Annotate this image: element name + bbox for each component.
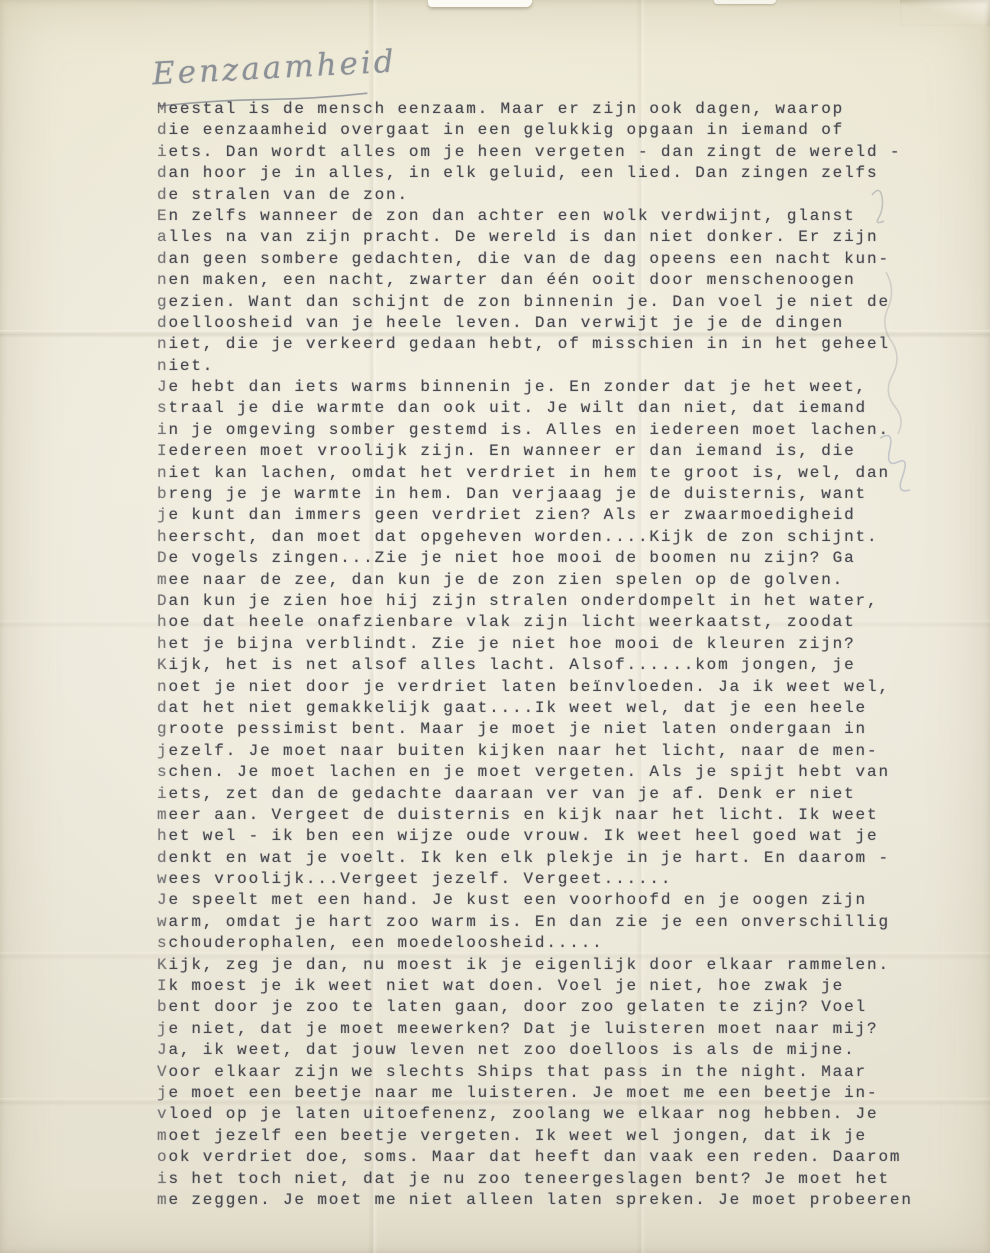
letter-line: vloed op je laten uitoefenenz, zoolang w…	[157, 1104, 947, 1125]
letter-line: in je omgeving somber gestemd is. Alles …	[157, 420, 947, 441]
letter-line: je kunt dan immers geen verdriet zien? A…	[157, 505, 947, 526]
letter-line: breng je je warmte in hem. Dan verjaaag …	[157, 484, 947, 505]
letter-line: wees vroolijk...Vergeet jezelf. Vergeet.…	[157, 869, 947, 890]
letter-line: De vogels zingen...Zie je niet hoe mooi …	[157, 548, 947, 569]
letter-line: niet.	[157, 356, 947, 377]
letter-page: Eenzaamheid Meestal is de mensch eenzaam…	[0, 0, 990, 1253]
letter-line: Dan kun je zien hoe hij zijn stralen ond…	[157, 591, 947, 612]
letter-line: groote pessimist bent. Maar je moet je n…	[157, 719, 947, 740]
letter-line: Ja, ik weet, dat jouw leven net zoo doel…	[157, 1040, 947, 1061]
letter-line: me zeggen. Je moet me niet alleen laten …	[157, 1190, 947, 1211]
letter-line: straal je die warmte dan ook uit. Je wil…	[157, 398, 947, 419]
letter-line: warm, omdat je hart zoo warm is. En dan …	[157, 912, 947, 933]
letter-line: mee naar de zee, dan kun je de zon zien …	[157, 570, 947, 591]
letter-line: niet, die je verkeerd gedaan hebt, of mi…	[157, 334, 947, 355]
handwritten-title-block: Eenzaamheid	[151, 44, 397, 93]
letter-line: je moet een beetje naar me luisteren. Je…	[157, 1083, 947, 1104]
letter-line: bent door je zoo te laten gaan, door zoo…	[157, 997, 947, 1018]
handwritten-title: Eenzaamheid	[151, 44, 397, 93]
letter-line: dan geen sombere gedachten, die van de d…	[157, 249, 947, 270]
letter-line: Je hebt dan iets warms binnenin je. En z…	[157, 377, 947, 398]
letter-line: Voor elkaar zijn we slechts Ships that p…	[157, 1062, 947, 1083]
letter-line: schen. Je moet lachen en je moet vergete…	[157, 762, 947, 783]
letter-line: heerscht, dan moet dat opgeheven worden.…	[157, 527, 947, 548]
letter-line: iets, zet dan de gedachte daaraan ver va…	[157, 784, 947, 805]
top-edge-tear-small	[714, 0, 776, 4]
letter-line: Meestal is de mensch eenzaam. Maar er zi…	[157, 99, 947, 120]
letter-line: ook verdriet doe, soms. Maar dat heeft d…	[157, 1147, 947, 1168]
letter-line: Ik moest je ik weet niet wat doen. Voel …	[157, 976, 947, 997]
letter-line: niet kan lachen, omdat het verdriet in h…	[157, 463, 947, 484]
letter-line: En zelfs wanneer de zon dan achter een w…	[157, 206, 947, 227]
letter-line: het je bijna verblindt. Zie je niet hoe …	[157, 634, 947, 655]
letter-line: dat het niet gemakkelijk gaat....Ik weet…	[157, 698, 947, 719]
top-edge-tear	[428, 0, 532, 7]
letter-line: hoe dat heele onafzienbare vlak zijn lic…	[157, 612, 947, 633]
letter-line: je niet, dat je moet meewerken? Dat je l…	[157, 1019, 947, 1040]
letter-line: alles na van zijn pracht. De wereld is d…	[157, 227, 947, 248]
top-right-corner-crease	[900, 0, 990, 26]
letter-line: nen maken, een nacht, zwarter dan één oo…	[157, 270, 947, 291]
letter-line: Iedereen moet vroolijk zijn. En wanneer …	[157, 441, 947, 462]
letter-line: Kijk, het is net alsof alles lacht. Also…	[157, 655, 947, 676]
letter-line: Je speelt met een hand. Je kust een voor…	[157, 890, 947, 911]
letter-line: Kijk, zeg je dan, nu moest ik je eigenli…	[157, 955, 947, 976]
letter-body: Meestal is de mensch eenzaam. Maar er zi…	[157, 99, 947, 1211]
letter-line: dan hoor je in alles, in elk geluid, een…	[157, 163, 947, 184]
letter-line: gezien. Want dan schijnt de zon binnenin…	[157, 292, 947, 313]
letter-line: het wel - ik ben een wijze oude vrouw. I…	[157, 826, 947, 847]
letter-line: is het toch niet, dat je nu zoo teneerge…	[157, 1169, 947, 1190]
letter-line: iets. Dan wordt alles om je heen vergete…	[157, 142, 947, 163]
letter-line: moet jezelf een beetje vergeten. Ik weet…	[157, 1126, 947, 1147]
letter-line: jezelf. Je moet naar buiten kijken naar …	[157, 741, 947, 762]
letter-line: noet je niet door je verdriet laten beïn…	[157, 677, 947, 698]
letter-line: meer aan. Vergeet de duisternis en kijk …	[157, 805, 947, 826]
letter-line: die eenzaamheid overgaat in een gelukkig…	[157, 120, 947, 141]
letter-line: de stralen van de zon.	[157, 185, 947, 206]
letter-line: schouderophalen, een moedeloosheid.....	[157, 933, 947, 954]
letter-line: doelloosheid van je heele leven. Dan ver…	[157, 313, 947, 334]
letter-line: denkt en wat je voelt. Ik ken elk plekje…	[157, 848, 947, 869]
